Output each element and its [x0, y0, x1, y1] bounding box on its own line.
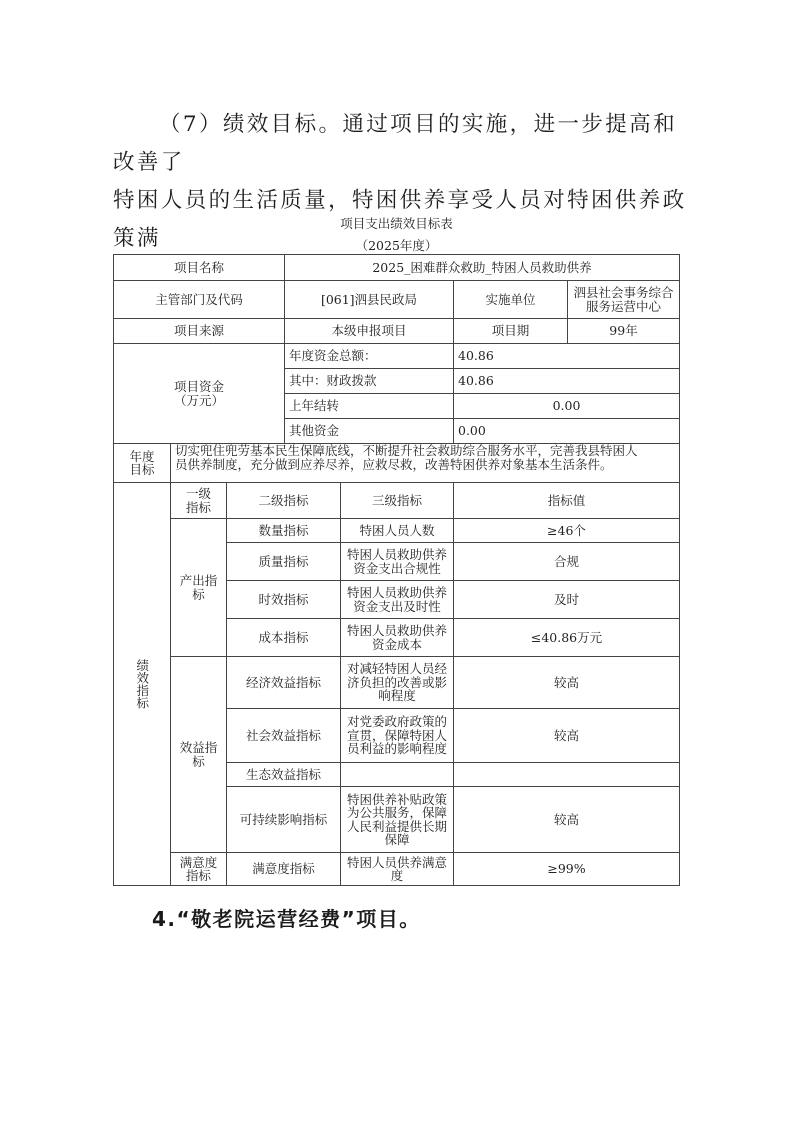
- table-row-level2: 质量指标: [226, 542, 341, 581]
- table-row-value: 较高: [453, 708, 680, 763]
- table-row-level3: 特困人员救助供养资金支出及时性: [340, 580, 454, 619]
- goal-text: 切实兜住兜劳基本民生保障底线，不断提升社会救助综合服务水平，完善我县特困人 员供…: [170, 443, 680, 483]
- table-row-value: ≥99%: [453, 852, 680, 886]
- table-row-level2: 满意度指标: [226, 852, 341, 886]
- dept-value: [061]泗县民政局: [284, 280, 454, 319]
- table-row-value: 较高: [453, 656, 680, 709]
- section-heading: 4.“敬老院运营经费”项目。: [152, 903, 421, 932]
- table-row-level2: 数量指标: [226, 518, 341, 543]
- fund-total-value: 40.86: [453, 343, 680, 369]
- table-row-level3: 特困人员供养满意度: [340, 852, 454, 886]
- period-label: 项目期: [453, 318, 568, 344]
- goal-label: 年度 目标: [113, 443, 171, 483]
- table-row-level2: 时效指标: [226, 580, 341, 619]
- fund-other-value: 0.00: [453, 418, 680, 444]
- benefit-indicator-group: 效益指 标: [170, 656, 227, 853]
- impl-label: 实施单位: [453, 280, 568, 319]
- project-name-value: 2025_困难群众救助_特困人员救助供养: [284, 254, 680, 281]
- table-row-value: 及时: [453, 580, 680, 619]
- table-row-level2: 社会效益指标: [226, 708, 341, 763]
- table-row-level3: 特困供养补贴政策为公共服务，保障人民利益提供长期保障: [340, 786, 454, 853]
- output-indicator-group: 产出指 标: [170, 518, 227, 657]
- project-name-label: 项目名称: [113, 254, 285, 281]
- table-row-level3: 特困人员救助供养资金支出合规性: [340, 542, 454, 581]
- satisfaction-indicator-group: 满意度 指标: [170, 852, 227, 886]
- table-row-level2: 可持续影响指标: [226, 786, 341, 853]
- table-row-level3: 对党委政府政策的宣贯，保障特困人员利益的影响程度: [340, 708, 454, 763]
- header-level1: 一级 指标: [170, 482, 227, 519]
- table-row-level2: 成本指标: [226, 618, 341, 657]
- table-title: 项目支出绩效目标表: [0, 214, 793, 232]
- fund-total-label: 年度资金总额：: [284, 343, 454, 369]
- fund-other-label: 其他资金: [284, 418, 454, 444]
- table-row-level3: [340, 762, 454, 787]
- fund-carryover-label: 上年结转: [284, 393, 454, 419]
- fund-fiscal-value: 40.86: [453, 368, 680, 394]
- table-row-value: 较高: [453, 786, 680, 853]
- header-level3: 三级指标: [340, 482, 454, 519]
- fund-fiscal-label: 其中：财政拨款: [284, 368, 454, 394]
- table-row-value: [453, 762, 680, 787]
- fund-carryover-value: 0.00: [453, 393, 680, 419]
- impl-value: 泗县社会事务综合 服务运营中心: [567, 280, 680, 319]
- source-label: 项目来源: [113, 318, 285, 344]
- table-row-level2: 生态效益指标: [226, 762, 341, 787]
- table-row-level2: 经济效益指标: [226, 656, 341, 709]
- source-value: 本级申报项目: [284, 318, 454, 344]
- table-row-level3: 特困人员救助供养资金成本: [340, 618, 454, 657]
- table-row-value: 合规: [453, 542, 680, 581]
- perf-indicator-label: 绩效指标: [113, 482, 171, 886]
- table-row-level3: 特困人员人数: [340, 518, 454, 543]
- table-row-level3: 对减轻特困人员经济负担的改善或影响程度: [340, 656, 454, 709]
- table-year: （2025年度）: [0, 236, 793, 254]
- dept-label: 主管部门及代码: [113, 280, 285, 319]
- table-row-value: ≤40.86万元: [453, 618, 680, 657]
- header-level2: 二级指标: [226, 482, 341, 519]
- table-row-value: ≥46个: [453, 518, 680, 543]
- header-value: 指标值: [453, 482, 680, 519]
- period-value: 99年: [567, 318, 680, 344]
- funds-label: 项目资金 （万元）: [113, 343, 285, 444]
- paragraph-line: （7）绩效目标。通过项目的实施，进一步提高和改善了: [113, 106, 688, 182]
- performance-table: 项目名称 2025_困难群众救助_特困人员救助供养 主管部门及代码 [061]泗…: [113, 254, 680, 886]
